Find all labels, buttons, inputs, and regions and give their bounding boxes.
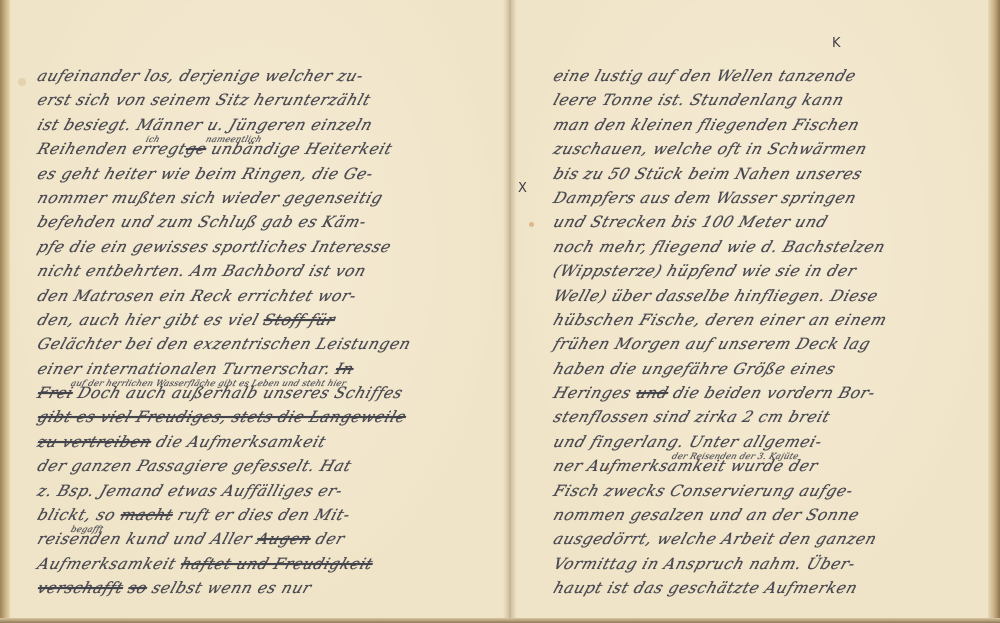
handwritten-line: Dampfers aus dem Wasser springen — [550, 186, 998, 210]
line-text: Reihenden erregt — [35, 140, 189, 158]
handwritten-line: Heringes und die beiden vordern Bor- — [550, 381, 998, 405]
right-page-text: eine lustig auf den Wellen tanzendeleere… — [550, 64, 990, 601]
struck-out-text: gibt es viel Freudiges, stets die Langew… — [35, 408, 409, 426]
line-text: aufeinander los, derjenige welcher zu- — [35, 67, 366, 85]
handwritten-line: Gelächter bei den exzentrischen Leistung… — [34, 332, 504, 356]
line-text: leere Tonne ist. Stundenlang kann — [551, 91, 847, 109]
struck-out-text: macht — [118, 506, 176, 524]
handwritten-line: Welle) über dasselbe hinfliegen. Diese — [550, 284, 998, 308]
line-text: eine lustig auf den Wellen tanzende — [551, 67, 859, 85]
line-text: man den kleinen fliegenden Fischen — [551, 116, 862, 134]
line-text-continued: die Aufmerksamkeit — [148, 433, 328, 451]
handwritten-line: haupt ist das geschätzte Aufmerken — [550, 576, 998, 600]
line-text: den Matrosen ein Reck errichtet wor- — [35, 287, 359, 305]
line-text: hübschen Fische, deren einer an einem — [551, 311, 889, 329]
left-page-edge — [0, 0, 10, 623]
line-text: Welle) über dasselbe hinfliegen. Diese — [551, 287, 881, 305]
line-text: pfe die ein gewisses sportliches Interes… — [35, 238, 394, 256]
struck-out-text: Augen — [254, 530, 313, 548]
line-text: befehden und zum Schluß gab es Käm- — [35, 213, 369, 231]
line-text: ist besiegt. Männer u. Jüngeren einzeln — [35, 116, 375, 134]
paper-stain — [529, 222, 534, 227]
handwritten-line: erst sich von seinem Sitz herunterzählt — [34, 88, 504, 112]
line-text: stenflossen sind zirka 2 cm breit — [551, 408, 833, 426]
line-text: haben die ungefähre Größe eines — [551, 360, 838, 378]
handwritten-line: (Wippsterze) hüpfend wie sie in der — [550, 259, 998, 283]
line-text: noch mehr, fliegend wie d. Bachstelzen — [551, 238, 888, 256]
left-page: aufeinander los, derjenige welcher zu-er… — [0, 0, 510, 623]
line-text: nicht entbehrten. Am Bachbord ist von — [35, 262, 369, 280]
line-text: Gelächter bei den exzentrischen Leistung… — [35, 335, 413, 353]
paper-stain — [18, 78, 26, 86]
line-text: (Wippsterze) hüpfend wie sie in der — [551, 262, 859, 280]
handwritten-line: Reihenden erregtge unbändige Heiterkeiti… — [34, 137, 504, 161]
line-text-continued: der — [308, 530, 348, 548]
struck-out-text: verschafft — [35, 579, 126, 597]
left-page-text: aufeinander los, derjenige welcher zu-er… — [34, 64, 496, 601]
handwritten-line: bis zu 50 Stück beim Nahen unseres — [550, 162, 998, 186]
notebook-spread: aufeinander los, derjenige welcher zu-er… — [0, 0, 1000, 623]
handwritten-line: Frei Doch auch außerhalb unseres Schiffe… — [34, 381, 504, 405]
handwritten-line: gibt es viel Freudiges, stets die Langew… — [34, 405, 504, 429]
right-page: K X eine lustig auf den Wellen tanzendel… — [510, 0, 1000, 623]
handwritten-line: Vormittag in Anspruch nahm. Über- — [550, 552, 998, 576]
line-text: und Strecken bis 100 Meter und — [551, 213, 830, 231]
handwritten-line: verschafft so selbst wenn es nur — [34, 576, 504, 600]
line-text: Heringes — [551, 384, 639, 402]
line-text: nommen gesalzen und an der Sonne — [551, 506, 862, 524]
line-text: haupt ist das geschätzte Aufmerken — [551, 579, 860, 597]
margin-mark-top: K — [832, 36, 841, 51]
handwritten-line: ner Aufmerksamkeit wurde derder Reisende… — [550, 454, 998, 478]
struck-out-text: Stoff für — [261, 311, 338, 329]
handwritten-line: man den kleinen fliegenden Fischen — [550, 113, 998, 137]
handwritten-line: Fisch zwecks Conservierung aufge- — [550, 479, 998, 503]
line-text: erst sich von seinem Sitz herunterzählt — [35, 91, 373, 109]
handwritten-line: eine lustig auf den Wellen tanzende — [550, 64, 998, 88]
line-text: bis zu 50 Stück beim Nahen unseres — [551, 165, 865, 183]
handwritten-line: zuschauen, welche oft in Schwärmen — [550, 137, 998, 161]
handwritten-line: aufeinander los, derjenige welcher zu- — [34, 64, 504, 88]
struck-out-text: zu vertreiben — [35, 433, 154, 451]
handwritten-line: hübschen Fische, deren einer an einem — [550, 308, 998, 332]
handwritten-line: nicht entbehrten. Am Bachbord ist von — [34, 259, 504, 283]
handwritten-line: es geht heiter wie beim Ringen, die Ge- — [34, 162, 504, 186]
margin-mark-left: X — [518, 181, 527, 196]
line-text: den, auch hier gibt es viel — [35, 311, 267, 329]
handwritten-line: frühen Morgen auf unserem Deck lag — [550, 332, 998, 356]
handwritten-line: nommen gesalzen und an der Sonne — [550, 503, 998, 527]
line-text: der ganzen Passagiere gefesselt. Hat — [35, 457, 354, 475]
handwritten-line: z. Bsp. Jemand etwas Auffälliges er- — [34, 479, 504, 503]
handwritten-line: pfe die ein gewisses sportliches Interes… — [34, 235, 504, 259]
line-text: Dampfers aus dem Wasser springen — [551, 189, 859, 207]
line-text: ausgedörrt, welche Arbeit den ganzen — [551, 530, 879, 548]
handwritten-line: leere Tonne ist. Stundenlang kann — [550, 88, 998, 112]
handwritten-line: zu vertreiben die Aufmerksamkeit — [34, 430, 504, 454]
handwritten-line: nommer mußten sich wieder gegenseitig — [34, 186, 504, 210]
interlinear-insertion: auf der herrlichen Wasserfläche gibt es … — [67, 372, 350, 396]
line-text: Aufmerksamkeit — [35, 555, 184, 573]
line-text: Fisch zwecks Conservierung aufge- — [551, 482, 856, 500]
handwritten-line: ist besiegt. Männer u. Jüngeren einzeln — [34, 113, 504, 137]
page-bottom-edge — [0, 618, 1000, 623]
handwritten-line: ausgedörrt, welche Arbeit den ganzen — [550, 527, 998, 551]
handwritten-line: den Matrosen ein Reck errichtet wor- — [34, 284, 504, 308]
handwritten-line: reisenden kund und Aller Augen derbegaff… — [34, 527, 504, 551]
handwritten-line: noch mehr, fliegend wie d. Bachstelzen — [550, 235, 998, 259]
line-text-continued: selbst wenn es nur — [144, 579, 314, 597]
line-text-continued: die beiden vordern Bor- — [665, 384, 878, 402]
interlinear-insertion: nameentlich — [202, 128, 265, 152]
handwritten-line: haben die ungefähre Größe eines — [550, 357, 998, 381]
handwritten-line: und Strecken bis 100 Meter und — [550, 210, 998, 234]
line-text: Vormittag in Anspruch nahm. Über- — [551, 555, 858, 573]
book-gutter — [503, 0, 517, 623]
handwritten-line: Aufmerksamkeit haftet und Freudigkeit — [34, 552, 504, 576]
handwritten-line: der ganzen Passagiere gefesselt. Hat — [34, 454, 504, 478]
handwritten-line: den, auch hier gibt es viel Stoff für — [34, 308, 504, 332]
line-text: frühen Morgen auf unserem Deck lag — [551, 335, 873, 353]
line-text-continued: ruft er dies den Mit- — [170, 506, 353, 524]
handwritten-line: befehden und zum Schluß gab es Käm- — [34, 210, 504, 234]
struck-out-text: haftet und Freudigkeit — [178, 555, 375, 573]
line-text: nommer mußten sich wieder gegenseitig — [35, 189, 385, 207]
line-text: zuschauen, welche oft in Schwärmen — [551, 140, 870, 158]
line-text: z. Bsp. Jemand etwas Auffälliges er- — [35, 482, 345, 500]
line-text: es geht heiter wie beim Ringen, die Ge- — [35, 165, 376, 183]
interlinear-insertion: der Reisenden der 3. Kajüte — [668, 445, 802, 469]
handwritten-line: stenflossen sind zirka 2 cm breit — [550, 405, 998, 429]
